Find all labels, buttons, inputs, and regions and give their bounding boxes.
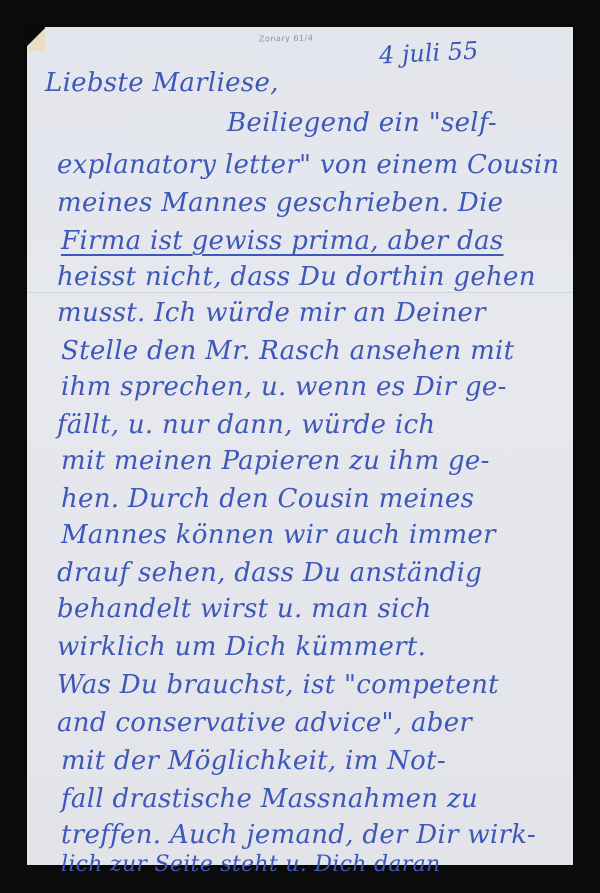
letter-line: mit der Möglichkeit, im Not- — [61, 745, 446, 777]
letter-line: Mannes können wir auch immer — [61, 519, 496, 551]
letter-line: Was Du brauchst, ist "competent — [57, 669, 499, 701]
letter-line: hen. Durch den Cousin meines — [61, 483, 474, 515]
letter-line: Beiliegend ein "self- — [227, 107, 497, 139]
letter-line: explanatory letter" von einem Cousin — [57, 149, 559, 181]
letter-line: fall drastische Massnahmen zu — [61, 783, 478, 815]
letter-line: mit meinen Papieren zu ihm ge- — [61, 445, 490, 477]
letter-line: Firma ist gewiss prima, aber das — [61, 225, 504, 257]
letter-line: meines Mannes geschrieben. Die — [57, 187, 503, 219]
letter-line: treffen. Auch jemand, der Dir wirk- — [61, 819, 536, 851]
letter-line: ihm sprechen, u. wenn es Dir ge- — [61, 371, 507, 403]
salutation: Liebste Marliese, — [45, 67, 279, 99]
archive-mark: Zonary 61/4 — [259, 34, 314, 44]
letter-line: musst. Ich würde mir an Deiner — [57, 297, 486, 329]
letter-line: wirklich um Dich kümmert. — [57, 631, 426, 663]
letter-line: heisst nicht, dass Du dorthin gehen — [57, 261, 536, 293]
letter-page: Zonary 61/4 4 juli 55 Liebste Marliese, … — [27, 27, 573, 865]
letter-line: behandelt wirst u. man sich — [57, 593, 432, 625]
letter-line: Stelle den Mr. Rasch ansehen mit — [61, 335, 514, 367]
letter-line: fällt, u. nur dann, würde ich — [57, 409, 435, 441]
letter-date: 4 juli 55 — [378, 36, 479, 69]
folded-corner — [27, 27, 45, 51]
letter-line: drauf sehen, dass Du anständig — [57, 557, 482, 589]
letter-line: lich zur Seite steht u. Dich daran — [61, 849, 440, 881]
letter-line: and conservative advice", aber — [57, 707, 472, 739]
